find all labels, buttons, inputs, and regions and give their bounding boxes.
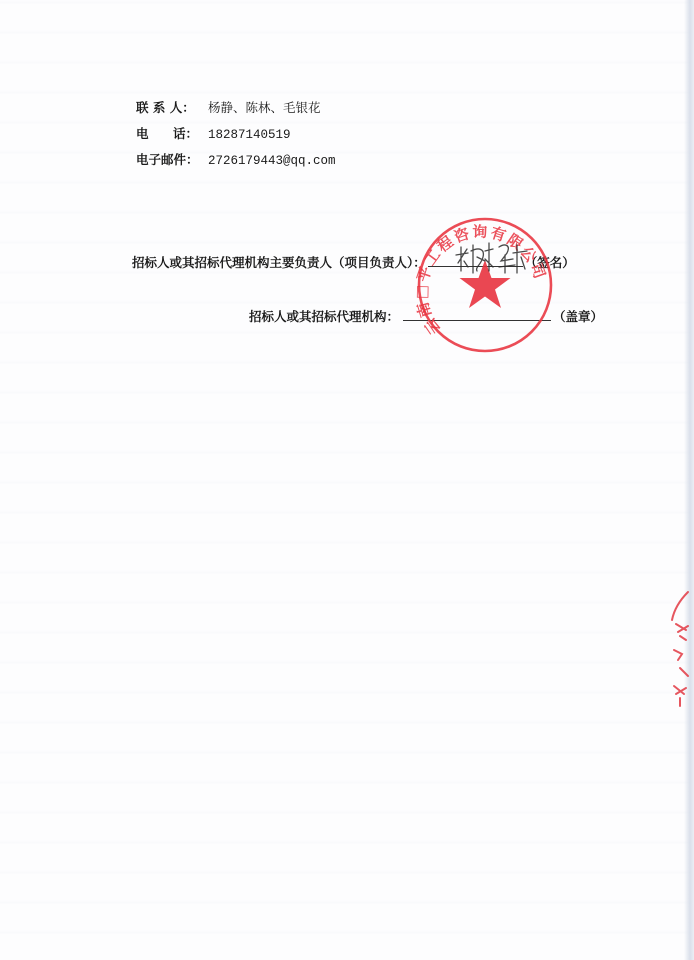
agency-label: 招标人或其招标代理机构： bbox=[249, 307, 399, 325]
contact-block: 联 系 人： 杨静、陈林、毛银花 电话： 18287140519 电子邮件： 2… bbox=[136, 95, 336, 173]
signature-blank[interactable] bbox=[428, 252, 523, 267]
contact-person-row: 联 系 人： 杨静、陈林、毛银花 bbox=[136, 95, 336, 121]
responsible-person-signature-line: 招标人或其招标代理机构主要负责人（项目负责人）： （签名） bbox=[132, 252, 575, 271]
phone-label-char-1: 电 bbox=[136, 121, 149, 147]
contact-phone-value: 18287140519 bbox=[208, 122, 291, 148]
agency-seal-line: 招标人或其招标代理机构： （盖章） bbox=[249, 306, 603, 325]
page-bleed-through bbox=[0, 0, 694, 960]
page-edge-shadow bbox=[684, 0, 694, 960]
contact-email-label: 电子邮件： bbox=[136, 147, 208, 173]
contact-phone-row: 电话： 18287140519 bbox=[136, 121, 336, 147]
responsible-person-label: 招标人或其招标代理机构主要负责人（项目负责人）： bbox=[132, 253, 426, 271]
contact-person-label: 联 系 人： bbox=[136, 95, 208, 121]
contact-person-value: 杨静、陈林、毛银花 bbox=[208, 95, 321, 121]
seal-blank[interactable] bbox=[403, 306, 551, 321]
contact-email-value: 2726179443@qq.com bbox=[208, 148, 336, 174]
contact-email-row: 电子邮件： 2726179443@qq.com bbox=[136, 147, 336, 173]
phone-label-char-2: 话： bbox=[173, 121, 198, 147]
seal-suffix: （盖章） bbox=[553, 307, 603, 325]
stamp-ring bbox=[419, 219, 551, 351]
signature-suffix: （签名） bbox=[525, 253, 575, 271]
company-stamp: 云南□平工程咨询有限公司 bbox=[415, 215, 555, 355]
contact-phone-label: 电话： bbox=[136, 121, 198, 147]
